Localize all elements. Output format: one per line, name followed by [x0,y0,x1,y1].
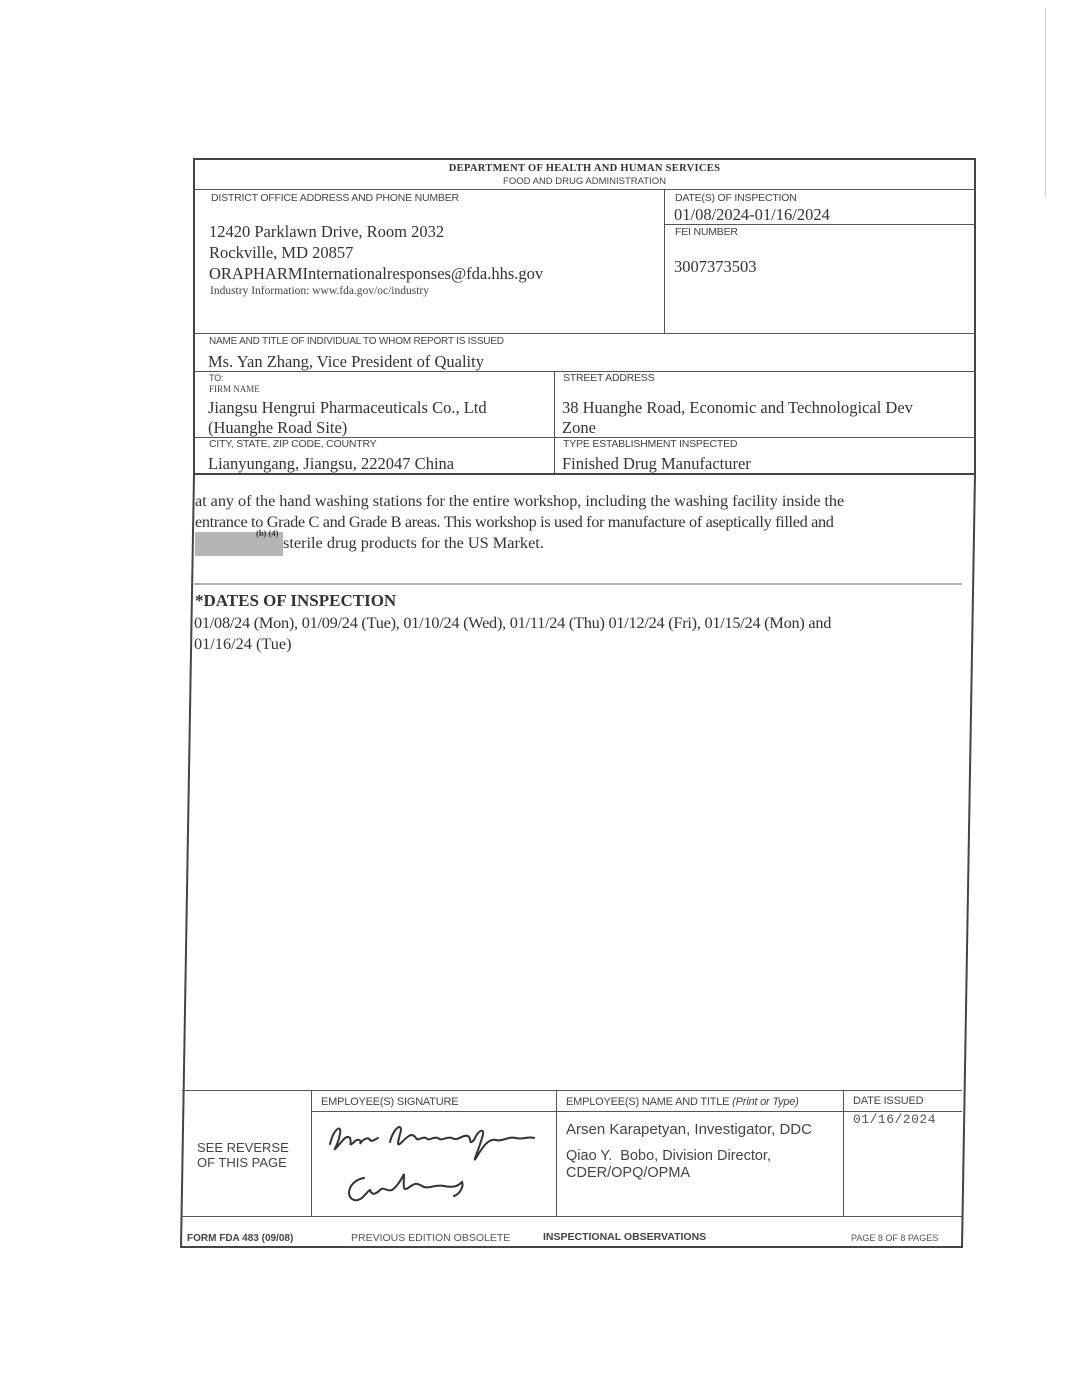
dates-line2: 01/16/24 (Tue) [194,634,292,653]
date-issued-label: DATE ISSUED [853,1095,923,1107]
dates-line1: 01/08/24 (Mon), 01/09/24 (Tue), 01/10/24… [194,613,831,632]
observation-line2: entrance to Grade C and Grade B areas. T… [195,512,834,531]
name-title-label: EMPLOYEE(S) NAME AND TITLE (Print or Typ… [566,1096,799,1108]
signature-label: EMPLOYEE(S) SIGNATURE [321,1096,458,1108]
date-issued-value: 01/16/2024 [853,1112,936,1127]
name-title-label-text: EMPLOYEE(S) NAME AND TITLE [566,1096,729,1108]
observation-line1: at any of the hand washing stations for … [195,491,844,510]
name-title-label-italic: (Print or Type) [732,1096,798,1108]
form-title: INSPECTIONAL OBSERVATIONS [543,1231,706,1243]
previous-edition-note: PREVIOUS EDITION OBSOLETE [351,1232,510,1244]
redaction-code: (b) (4) [256,528,278,538]
see-reverse-line2: OF THIS PAGE [197,1155,287,1170]
dates-heading: *DATES OF INSPECTION [195,591,396,611]
employee-2-line2: CDER/OPQ/OPMA [566,1165,690,1181]
page-number: PAGE 8 OF 8 PAGES [851,1233,938,1243]
form-number: FORM FDA 483 (09/08) [187,1233,293,1244]
see-reverse-line1: SEE REVERSE [197,1140,289,1155]
observation-line3: sterile drug products for the US Market. [283,533,544,552]
employee-2-line1: Qiao Y. Bobo, Division Director, [566,1148,771,1164]
employee-1: Arsen Karapetyan, Investigator, DDC [566,1121,812,1138]
signature-image [312,1112,556,1216]
